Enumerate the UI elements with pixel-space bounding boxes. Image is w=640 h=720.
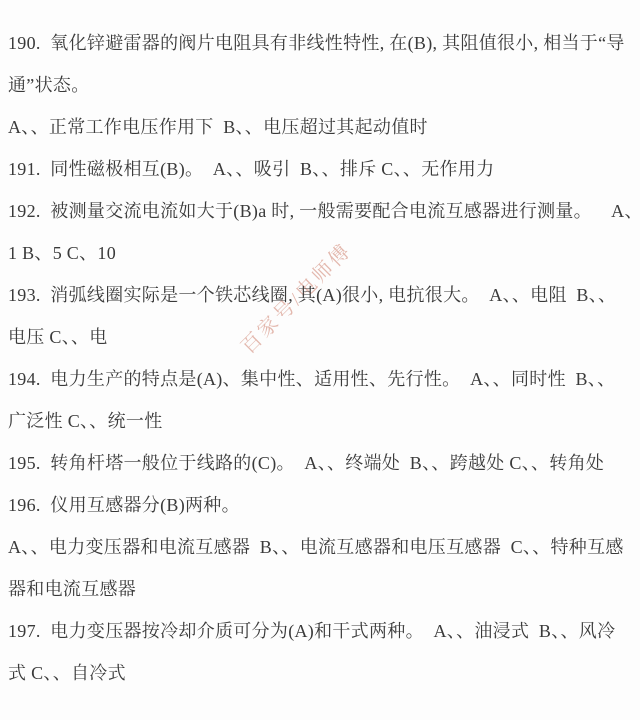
question-195: 195. 转角杆塔一般位于线路的(C)。 A、、终端处 B、、跨越处 C、、转角… [8,442,634,484]
question-194-line-2: 广泛性 C、、统一性 [8,400,634,442]
question-190-line-2: 通”状态。 [8,64,634,106]
question-196-options-line-1: A、、电力变压器和电流互感器 B、、电流互感器和电压互感器 C、、特种互感 [8,526,634,568]
question-194-line-1: 194. 电力生产的特点是(A)、集中性、适用性、先行性。 A、、同时性 B、、 [8,358,634,400]
question-192-options: 1 B、5 C、10 [8,232,634,274]
question-193-line-2: 电压 C、、电 [8,316,634,358]
question-197-line-2: 式 C、、自冷式 [8,652,634,694]
question-196: 196. 仪用互感器分(B)两种。 [8,484,634,526]
question-190-line-1: 190. 氧化锌避雷器的阀片电阻具有非线性特性, 在(B), 其阻值很小, 相当… [8,22,634,64]
question-191: 191. 同性磁极相互(B)。 A、、吸引 B、、排斥 C、、无作用力 [8,148,634,190]
question-196-options-line-2: 器和电流互感器 [8,568,634,610]
question-197-line-1: 197. 电力变压器按冷却介质可分为(A)和干式两种。 A、、油浸式 B、、风冷 [8,610,634,652]
question-193-line-1: 193. 消弧线圈实际是一个铁芯线圈, 其(A)很小, 电抗很大。 A、、电阻 … [8,274,634,316]
document-page: 百家号/电师傅 190. 氧化锌避雷器的阀片电阻具有非线性特性, 在(B), 其… [0,0,640,720]
question-192-line-1: 192. 被测量交流电流如大于(B)a 时, 一般需要配合电流互感器进行测量。 … [8,190,634,232]
document-text-layer: 190. 氧化锌避雷器的阀片电阻具有非线性特性, 在(B), 其阻值很小, 相当… [0,0,640,694]
question-190-options: A、、正常工作电压作用下 B、、电压超过其起动值时 [8,106,634,148]
